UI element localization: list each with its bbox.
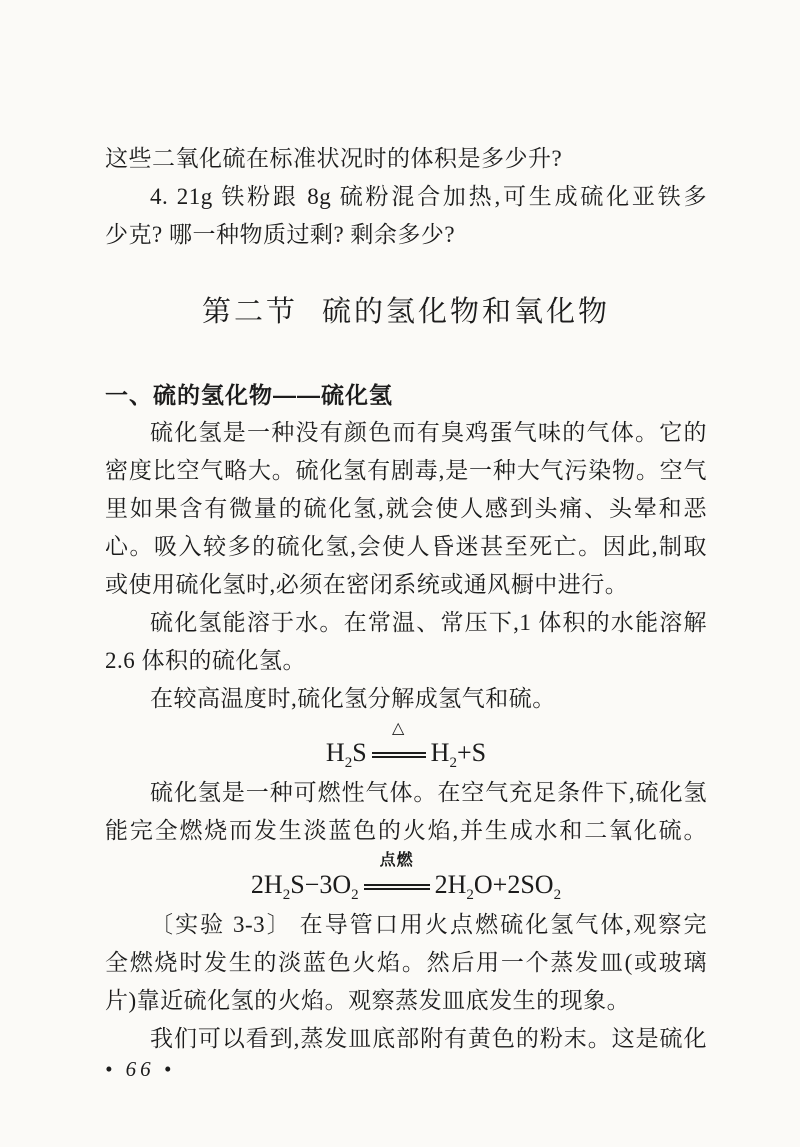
text-line: 在较高温度时,硫化氢分解成氢气和硫。 xyxy=(105,680,707,718)
equation-lhs: H2S xyxy=(326,738,367,767)
long-equals-sign: △ xyxy=(372,752,426,758)
paragraph-observation: 我们可以看到,蒸发皿底部附有黄色的粉末。这是硫化 xyxy=(105,1020,707,1058)
paragraph-experiment: 〔实验 3-3〕 在导管口用火点燃硫化氢气体,观察完全燃烧时发生的淡蓝色火焰。然… xyxy=(105,906,707,1020)
reaction-condition-ignite: 点燃 xyxy=(380,842,414,880)
text-line: 心。吸入较多的硫化氢,会使人昏迷甚至死亡。因此,制取 xyxy=(105,528,707,566)
text-line: 密度比空气略大。硫化氢有剧毒,是一种大气污染物。空气 xyxy=(105,452,707,490)
equation-rhs: 2H2O+2SO2 xyxy=(435,870,561,899)
text-line: 里如果含有微量的硫化氢,就会使人感到头痛、头晕和恶 xyxy=(105,490,707,528)
equation-lhs: 2H2S−3O2 xyxy=(251,870,359,899)
text-line: 〔实验 3-3〕 在导管口用火点燃硫化氢气体,观察完 xyxy=(105,906,707,944)
text-line: 我们可以看到,蒸发皿底部附有黄色的粉末。这是硫化 xyxy=(105,1020,707,1058)
text-line: 这些二氧化硫在标准状况时的体积是多少升? xyxy=(105,140,707,178)
text-line: 硫化氢能溶于水。在常温、常压下,1 体积的水能溶解 xyxy=(105,604,707,642)
equation-decomposition: H2S△H2+S xyxy=(105,718,707,774)
text-line: 硫化氢是一种可燃性气体。在空气充足条件下,硫化氢 xyxy=(105,774,707,812)
section-title: 第二节硫的氢化物和氧化物 xyxy=(105,290,707,334)
text-line: 少克? 哪一种物质过剩? 剩余多少? xyxy=(105,216,707,254)
text-line: 全燃烧时发生的淡蓝色火焰。然后用一个蒸发皿(或玻璃 xyxy=(105,944,707,982)
paragraph-decomposition-intro: 在较高温度时,硫化氢分解成氢气和硫。 xyxy=(105,680,707,718)
intro-questions-block: 这些二氧化硫在标准状况时的体积是多少升?4. 21g 铁粉跟 8g 硫粉混合加热… xyxy=(105,140,707,254)
subsection-heading: 一、硫的氢化物——硫化氢 xyxy=(105,376,707,414)
paragraph-combustion-intro: 硫化氢是一种可燃性气体。在空气充足条件下,硫化氢能完全燃烧而发生淡蓝色的火焰,并… xyxy=(105,774,707,850)
reaction-condition-delta: △ xyxy=(392,710,405,748)
text-line: 片)靠近硫化氢的火焰。观察蒸发皿底发生的现象。 xyxy=(105,982,707,1020)
text-line: 或使用硫化氢时,必须在密闭系统或通风橱中进行。 xyxy=(105,566,707,604)
textbook-page: 这些二氧化硫在标准状况时的体积是多少升?4. 21g 铁粉跟 8g 硫粉混合加热… xyxy=(0,0,800,1147)
text-line: 4. 21g 铁粉跟 8g 硫粉混合加热,可生成硫化亚铁多 xyxy=(105,178,707,216)
text-line: 2.6 体积的硫化氢。 xyxy=(105,642,707,680)
equation-rhs: H2+S xyxy=(431,738,486,767)
section-name: 硫的氢化物和氧化物 xyxy=(322,296,610,328)
text-line: 硫化氢是一种没有颜色而有臭鸡蛋气味的气体。它的 xyxy=(105,414,707,452)
equation-combustion: 2H2S−3O2点燃2H2O+2SO2 xyxy=(105,850,707,906)
paragraph-solubility: 硫化氢能溶于水。在常温、常压下,1 体积的水能溶解2.6 体积的硫化氢。 xyxy=(105,604,707,680)
section-number: 第二节 xyxy=(202,296,298,328)
paragraph-properties: 硫化氢是一种没有颜色而有臭鸡蛋气味的气体。它的密度比空气略大。硫化氢有剧毒,是一… xyxy=(105,414,707,604)
long-equals-sign: 点燃 xyxy=(364,884,430,890)
